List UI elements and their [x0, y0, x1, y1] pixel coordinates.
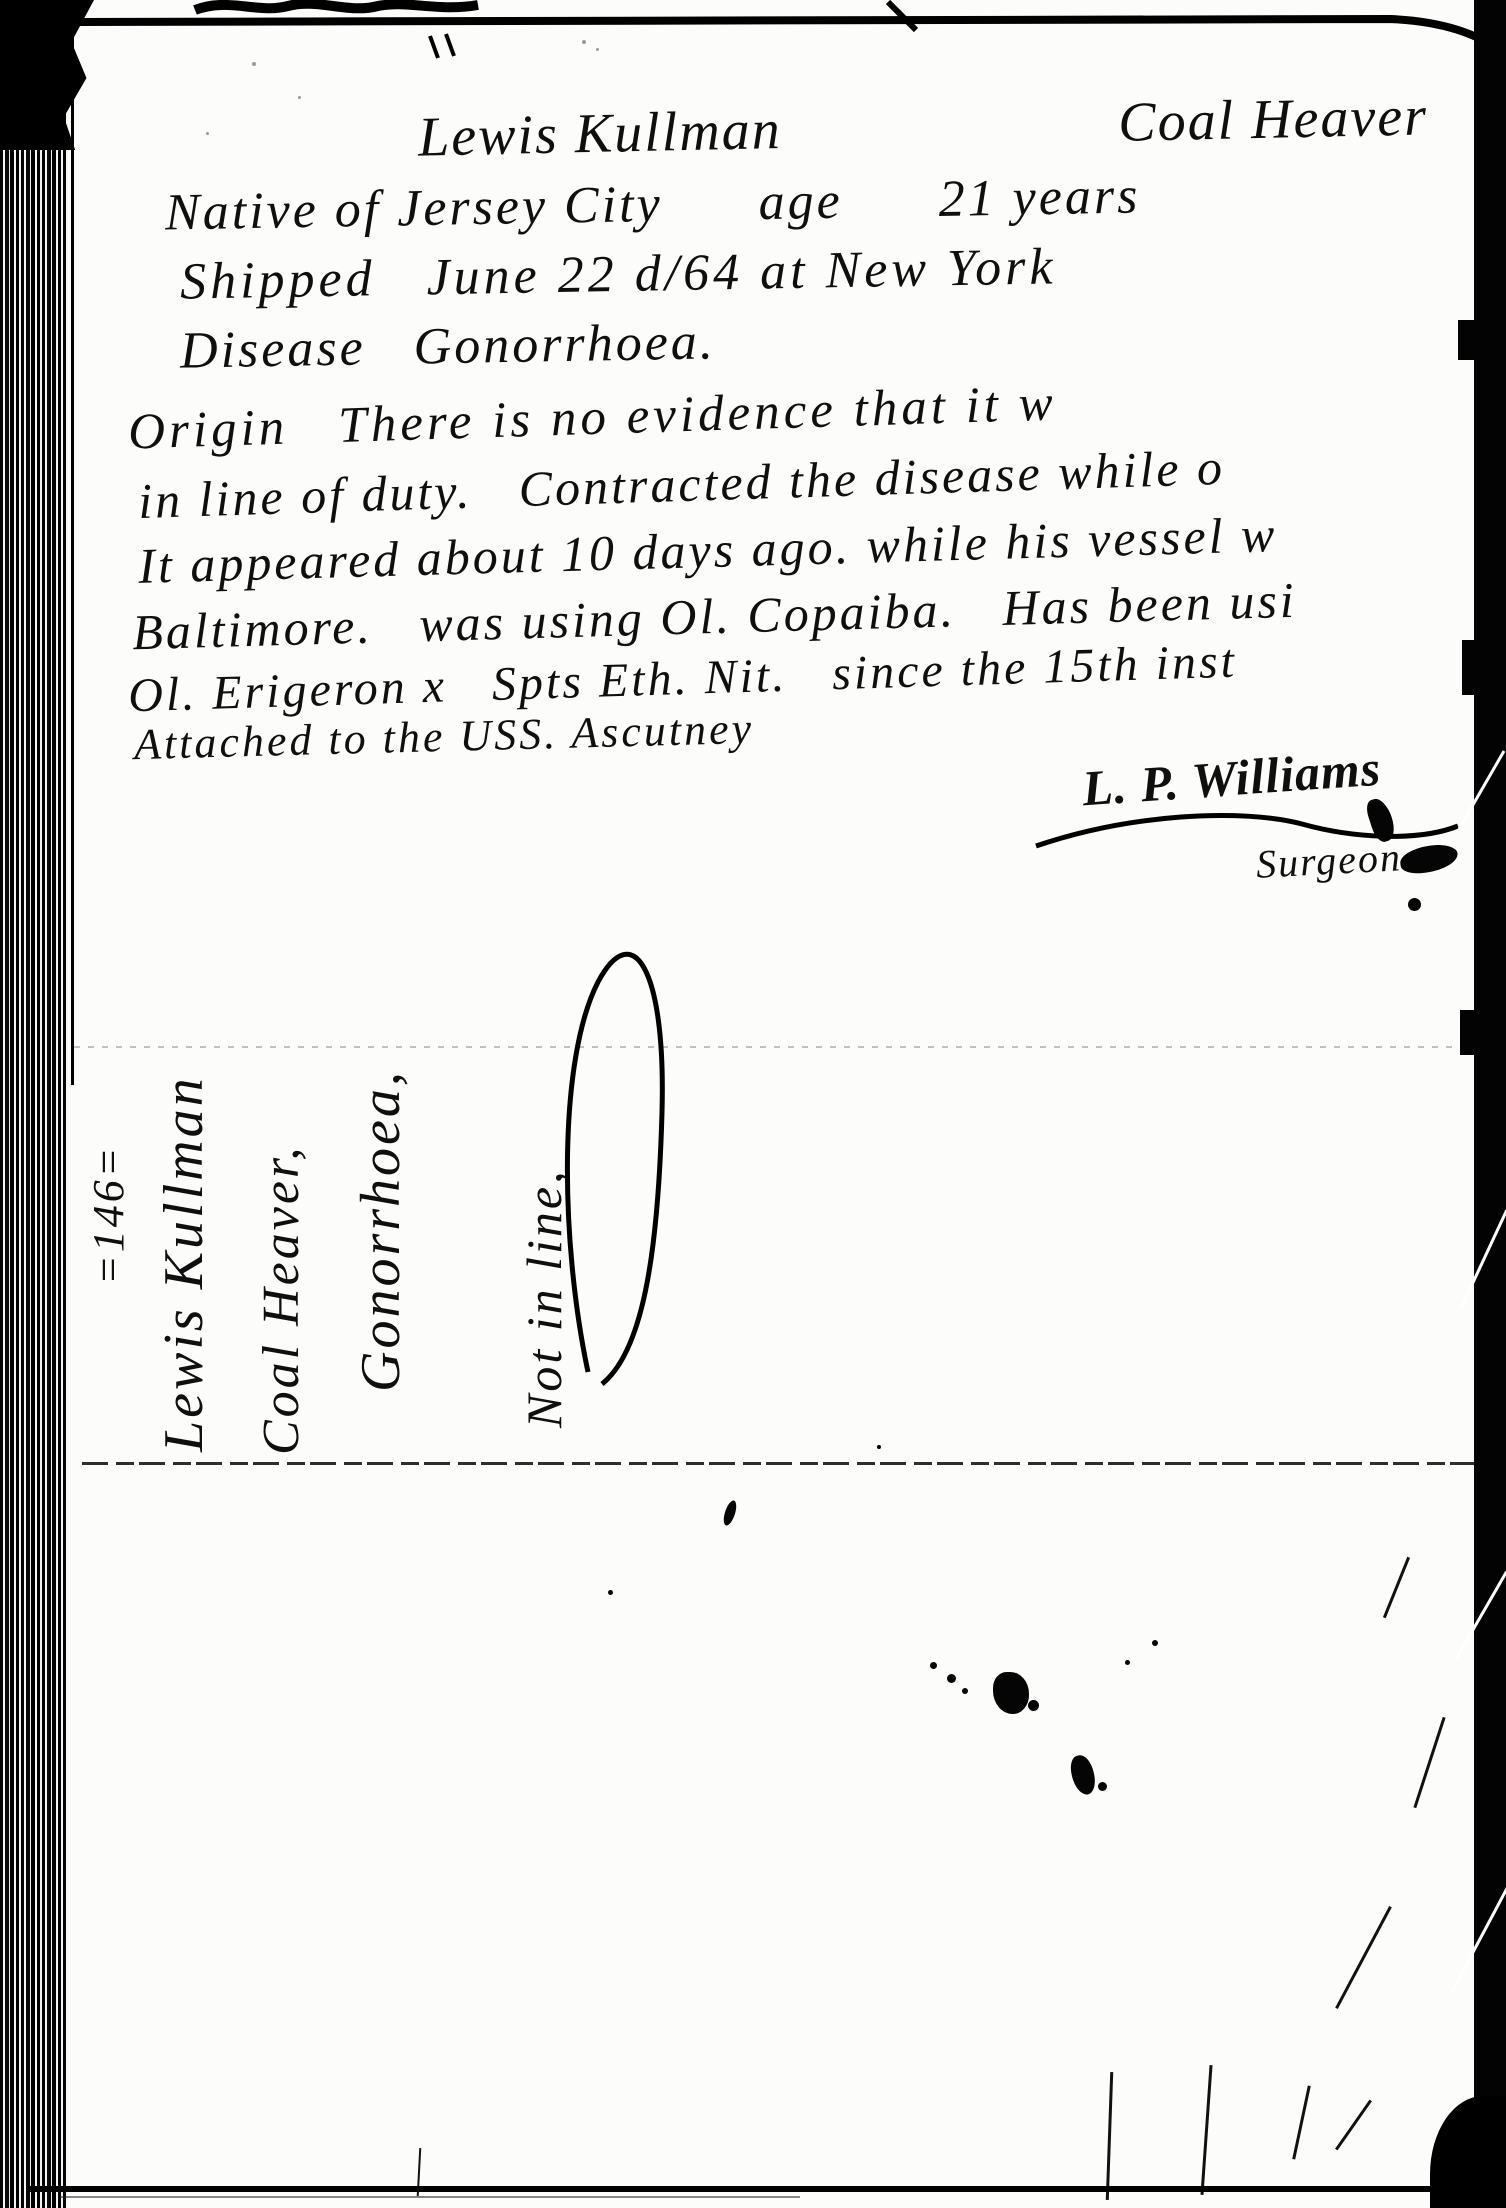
native-age-line: Native of Jersey City age 21 years: [165, 169, 1141, 241]
surgeon-signature: L. P. Williams: [1081, 742, 1383, 815]
scan-edge-bottom-scratch: [60, 2196, 800, 2198]
docket-rating: Coal Heaver,: [255, 945, 310, 1455]
signature-ink-blot: [1398, 842, 1459, 876]
docket-case-number: =146=: [86, 1005, 132, 1285]
scan-edge-right: [1474, 0, 1506, 2208]
ink-blot: [993, 1672, 1029, 1714]
paper-speck: [298, 96, 301, 99]
fold-line: [82, 1462, 1506, 1465]
paper-speck: [582, 40, 586, 44]
ink-speck: [930, 1662, 937, 1669]
scan-edge-nub: [1458, 320, 1476, 360]
cut-off-writing-top: [195, 4, 478, 10]
top-edge-line: [78, 19, 1502, 52]
scan-edge-left: [0, 0, 68, 2208]
scratch-mark: [1335, 2100, 1372, 2151]
disease-line: Disease Gonorrhoea.: [180, 315, 717, 379]
ink-speck: [1028, 1700, 1039, 1711]
cut-off-stroke-top: [888, 2, 916, 30]
scan-edge-bottom: [28, 2186, 1506, 2192]
scan-corner-bottom-right: [1430, 2096, 1506, 2208]
scan-edge-nub: [1462, 640, 1476, 695]
patient-name-line: Lewis Kullman Coal Heaver: [417, 87, 1428, 167]
ink-speck: [877, 1445, 881, 1449]
scan-edge-left-line: [71, 0, 74, 1085]
scan-edge-nub: [1460, 1010, 1476, 1055]
scratch-mark: [1335, 1906, 1392, 2009]
docket-disease: Gonorrhoea,: [352, 902, 411, 1392]
surgeon-title: Surgeon: [1255, 836, 1403, 886]
quote-mark: [430, 34, 454, 58]
docket-flourish: [567, 954, 662, 1384]
shipped-line: Shipped June 22 d/64 at New York: [180, 240, 1057, 310]
ink-speck: [947, 1674, 956, 1683]
patient-rating: Coal Heaver: [1118, 87, 1429, 152]
docket-patient-name: Lewis Kullman: [155, 852, 214, 1452]
paper-speck: [206, 132, 209, 135]
patient-name: Lewis Kullman: [417, 101, 782, 167]
ink-speck: [1125, 1660, 1130, 1665]
scratch-mark: [1200, 2065, 1212, 2195]
ink-speck: [608, 1590, 613, 1595]
ink-speck: [962, 1688, 968, 1694]
ink-blot: [1068, 1753, 1098, 1797]
scratch-mark: [1106, 2072, 1113, 2200]
scan-edge-left-top: [0, 0, 94, 150]
scratch-mark: [1383, 1557, 1410, 1618]
scratch-mark: [1413, 1717, 1445, 1808]
scanned-document-page: Lewis Kullman Coal Heaver Native of Jers…: [0, 0, 1506, 2208]
ink-speck: [721, 1499, 739, 1527]
paper-speck: [252, 62, 256, 66]
ink-speck: [1408, 898, 1421, 911]
scratch-mark: [1292, 2086, 1311, 2160]
ink-speck: [1152, 1640, 1158, 1646]
docket-finding: Not in line,: [518, 948, 571, 1428]
paper-speck: [596, 48, 599, 51]
ink-speck: [1098, 1782, 1107, 1791]
